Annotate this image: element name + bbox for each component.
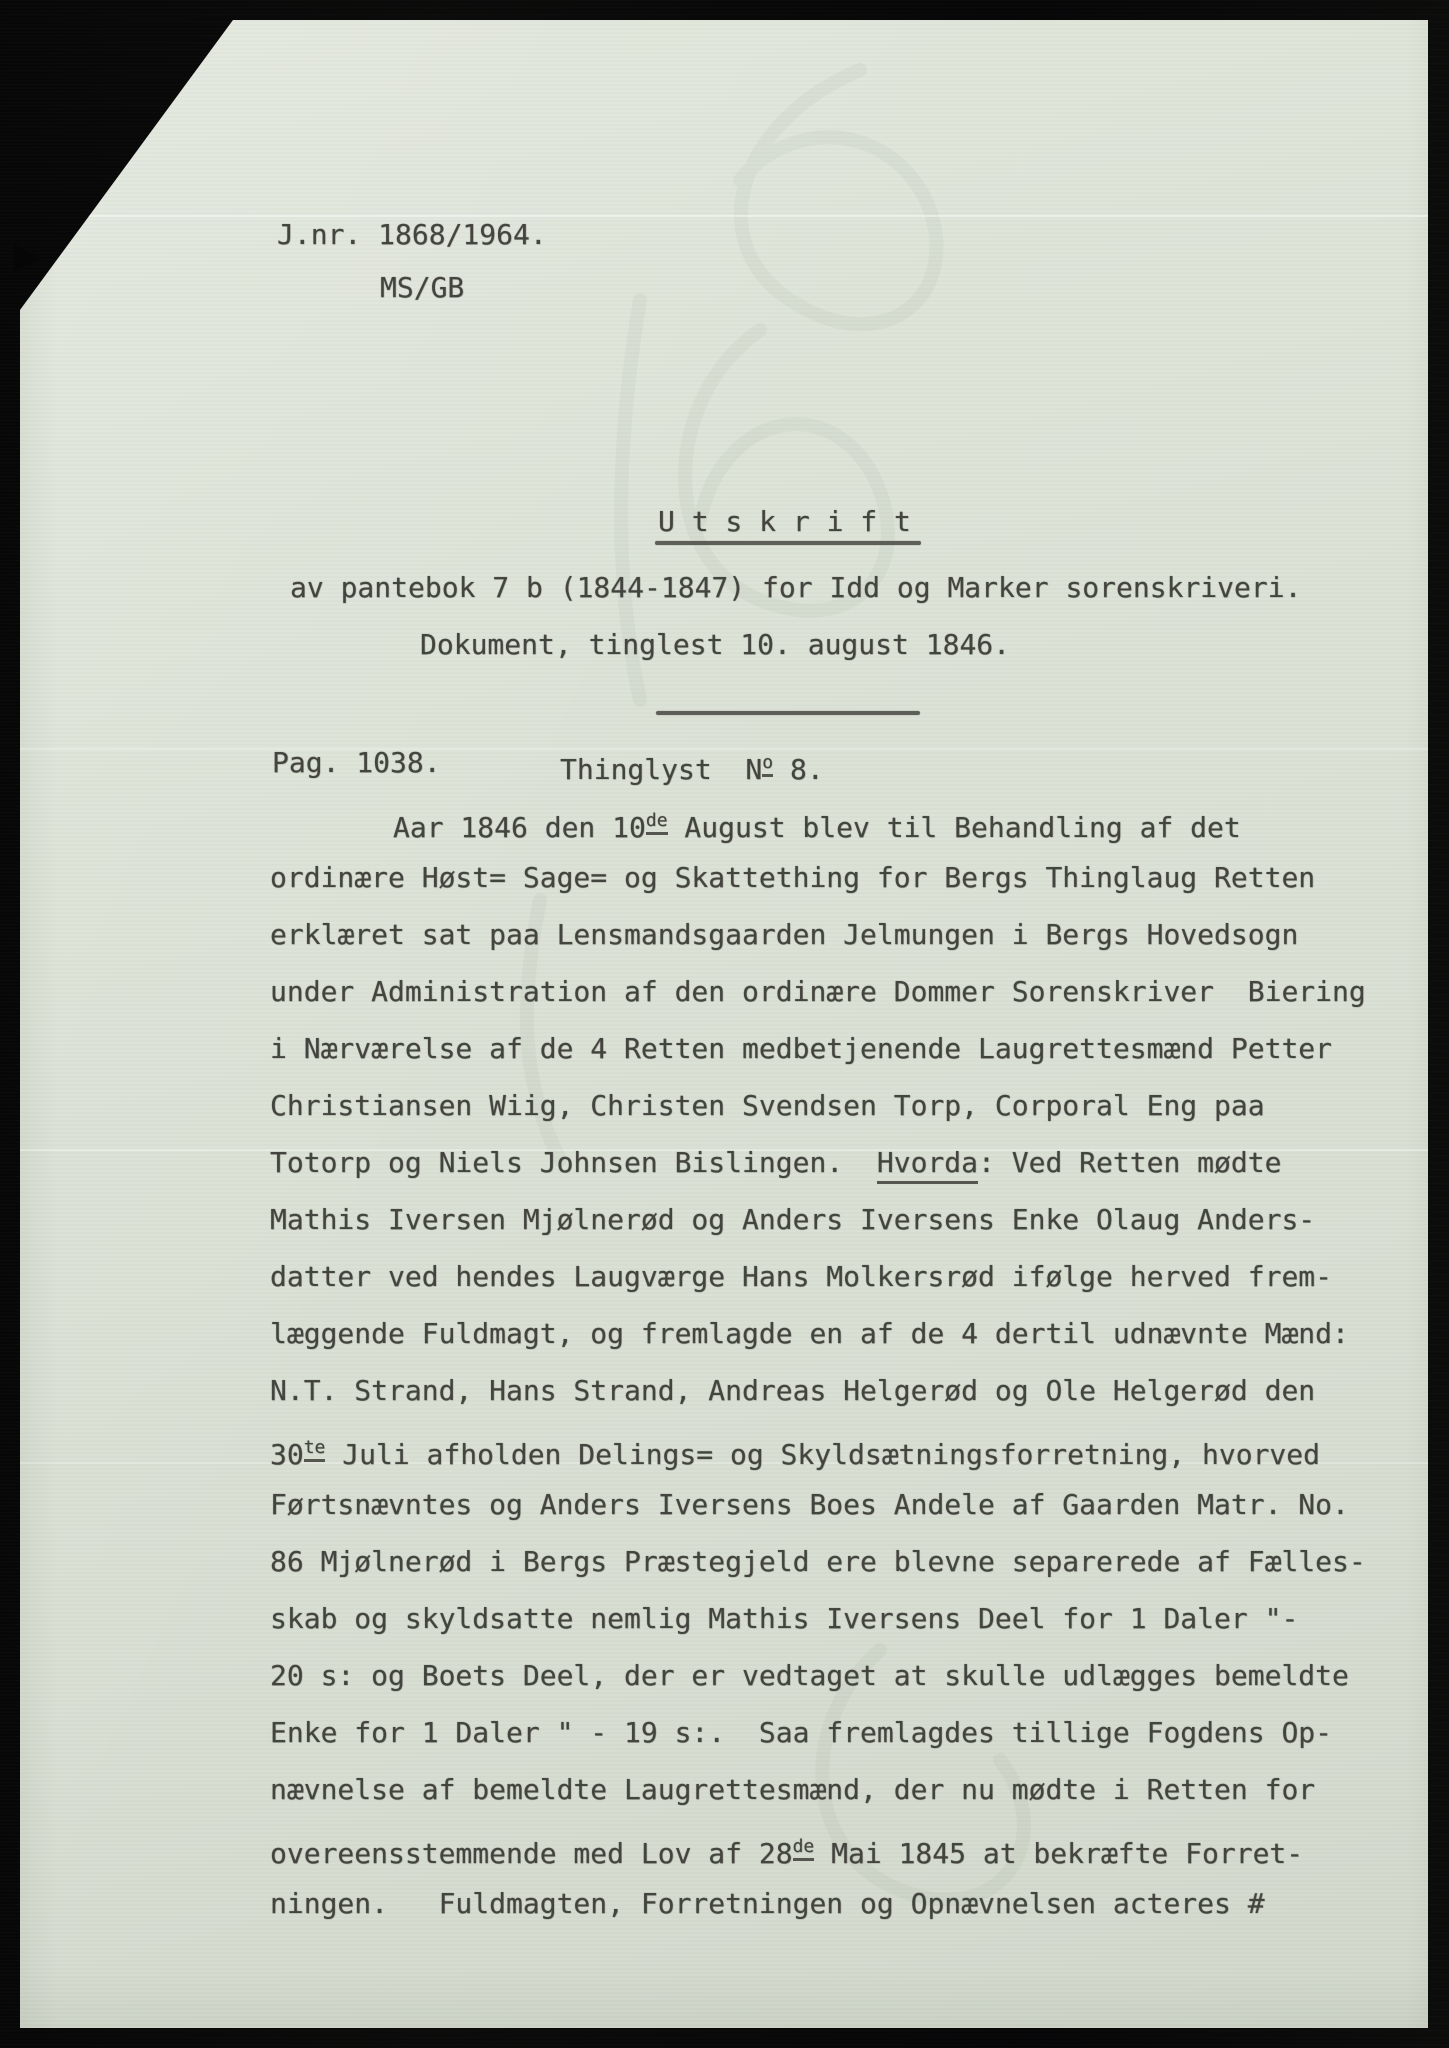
- document-title: U t s k r i f t: [658, 506, 911, 538]
- superscript: o: [762, 752, 773, 777]
- superscript: de: [793, 1836, 815, 1861]
- body-line: under Administration af den ordinære Dom…: [270, 963, 1430, 1020]
- body-line: Christiansen Wiig, Christen Svendsen Tor…: [270, 1077, 1430, 1134]
- paper-sheet: J.nr. 1868/1964. MS/GB U t s k r i f t a…: [0, 0, 1449, 2048]
- case-handler-initials: MS/GB: [380, 272, 464, 304]
- body-line: i Nærværelse af de 4 Retten medbetjenend…: [270, 1020, 1430, 1077]
- body-line: Enke for 1 Daler " - 19 s:. Saa fremlagd…: [270, 1704, 1430, 1761]
- body-line: læggende Fuldmagt, og fremlagde en af de…: [270, 1305, 1430, 1362]
- scan-artifact-speck: [48, 240, 59, 256]
- body-line: Totorp og Niels Johnsen Bislingen. Hvord…: [270, 1134, 1430, 1191]
- superscript: te: [304, 1437, 326, 1462]
- paper-edge-notch: [14, 244, 40, 272]
- scan-crease: [0, 215, 1449, 217]
- body-line: erklæret sat paa Lensmandsgaarden Jelmun…: [270, 906, 1430, 963]
- underlined-word: Hvorda: [877, 1146, 978, 1184]
- title-underline: [655, 541, 921, 545]
- scanned-document-page: J.nr. 1868/1964. MS/GB U t s k r i f t a…: [0, 0, 1449, 2048]
- page-reference: Pag. 1038.: [272, 747, 441, 779]
- body-line: overeensstemmende med Lov af 28de Mai 18…: [270, 1818, 1430, 1875]
- body-line: ningen. Fuldmagten, Forretningen og Opnæ…: [270, 1875, 1430, 1932]
- section-divider-rule: [656, 711, 920, 715]
- body-line: ordinære Høst= Sage= og Skattething for …: [270, 849, 1430, 906]
- subtitle-source-line: av pantebok 7 b (1844-1847) for Idd og M…: [290, 572, 1301, 604]
- body-line: Førtsnævntes og Anders Iversens Boes And…: [270, 1476, 1430, 1533]
- body-line: 86 Mjølnerød i Bergs Præstegjeld ere ble…: [270, 1533, 1430, 1590]
- body-paragraph: Aar 1846 den 10de August blev til Behand…: [270, 792, 1430, 1932]
- subtitle-date-line: Dokument, tinglest 10. august 1846.: [420, 629, 1010, 661]
- entry-reference: Thinglyst No 8.: [560, 747, 824, 786]
- body-line: 20 s: og Boets Deel, der er vedtaget at …: [270, 1647, 1430, 1704]
- superscript: de: [646, 810, 668, 835]
- body-line: N.T. Strand, Hans Strand, Andreas Helger…: [270, 1362, 1430, 1419]
- body-line: skab og skyldsatte nemlig Mathis Iversen…: [270, 1590, 1430, 1647]
- body-line: 30te Juli afholden Delings= og Skyldsætn…: [270, 1419, 1430, 1476]
- body-line: datter ved hendes Laugværge Hans Molkers…: [270, 1248, 1430, 1305]
- body-line: Mathis Iversen Mjølnerød og Anders Ivers…: [270, 1191, 1430, 1248]
- journal-number: J.nr. 1868/1964.: [277, 219, 547, 251]
- body-line: nævnelse af bemeldte Laugrettesmænd, der…: [270, 1761, 1430, 1818]
- body-line: Aar 1846 den 10de August blev til Behand…: [270, 792, 1430, 849]
